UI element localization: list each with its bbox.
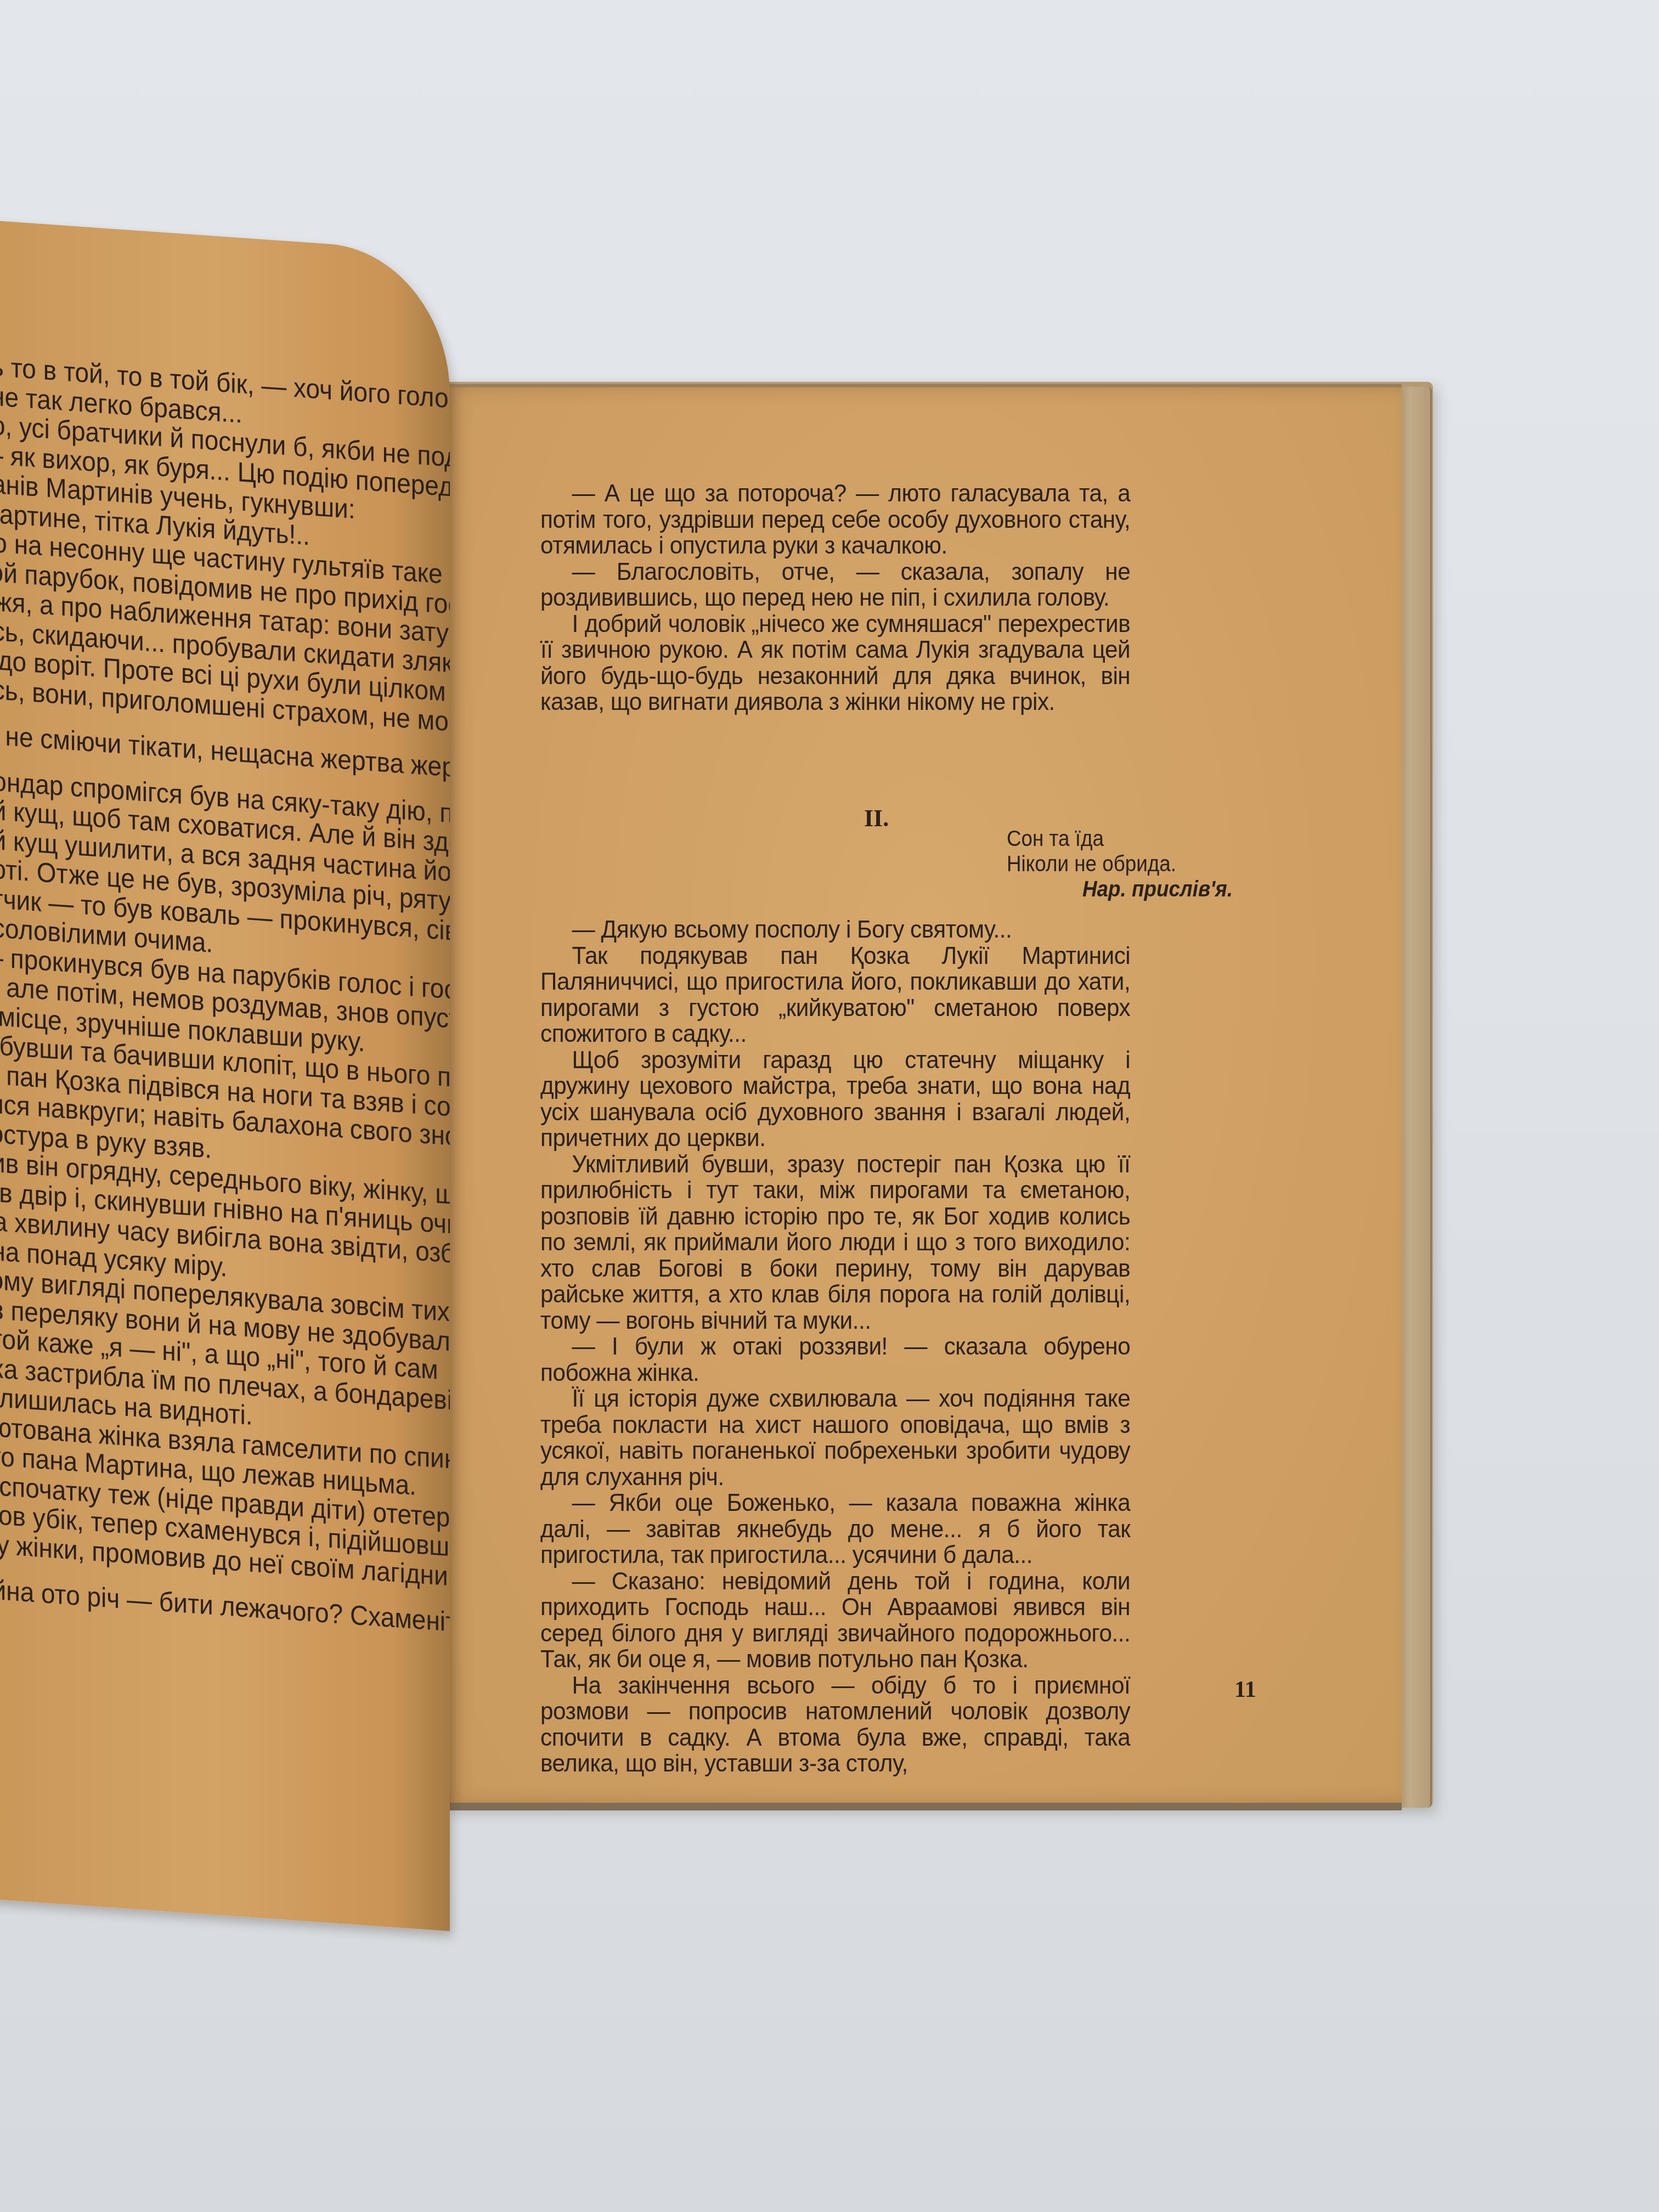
paragraph: Її ця історія дуже схвилювала — хоч поді… xyxy=(540,1386,1130,1490)
paragraph: Щоб зрозуміти гаразд цю статечну міщанку… xyxy=(540,1047,1130,1152)
paragraph: На закінчення всього — обіду б то і приє… xyxy=(540,1673,1130,1777)
section-2-text: — Дякую всьому посполу і Богу святому...… xyxy=(540,917,1130,1777)
paragraph: — І були ж отакі роззяви! — сказала обур… xyxy=(540,1334,1130,1386)
left-page-text: сь то в той, то в той бік, — хоч його го… xyxy=(0,351,432,1635)
paragraph: — Дякую всьому посполу і Богу святому... xyxy=(540,917,1130,943)
paragraph: І добрий чоловік „нічесо же сумняшася" п… xyxy=(540,611,1130,715)
epigraph-line: Сон та їда xyxy=(1007,826,1233,851)
paragraph: Укмітливий бувши, зразу постеріг пан Қоз… xyxy=(540,1152,1130,1334)
section-1-text: — А це що за поторочa? — люто галасувала… xyxy=(540,481,1130,715)
right-page: — А це що за поторочa? — люто галасувала… xyxy=(447,384,1402,1810)
paragraph: — Сказано: невідомий день той і година, … xyxy=(540,1568,1130,1673)
epigraph-line: Ніколи не обрида. xyxy=(1007,851,1233,877)
epigraph-source: Нар. прислів'я. xyxy=(1082,877,1233,902)
page-number: 11 xyxy=(1234,1677,1256,1703)
paragraph: — А це що за поторочa? — люто галасувала… xyxy=(540,481,1130,559)
paragraph: — Благословіть, отче, — сказала, зопалу … xyxy=(540,559,1130,611)
epigraph: Сон та їда Ніколи не обрида. Нар. прислі… xyxy=(1007,826,1233,902)
paragraph: Так подякував пан Қозка Лукії Мартинисі … xyxy=(540,943,1130,1047)
paragraph: — Якби оце Боженько, — казала поважна жі… xyxy=(540,1490,1130,1568)
left-page: сь то в той, то в той бік, — хоч його го… xyxy=(0,219,450,1931)
chapter-number: II. xyxy=(864,804,889,832)
